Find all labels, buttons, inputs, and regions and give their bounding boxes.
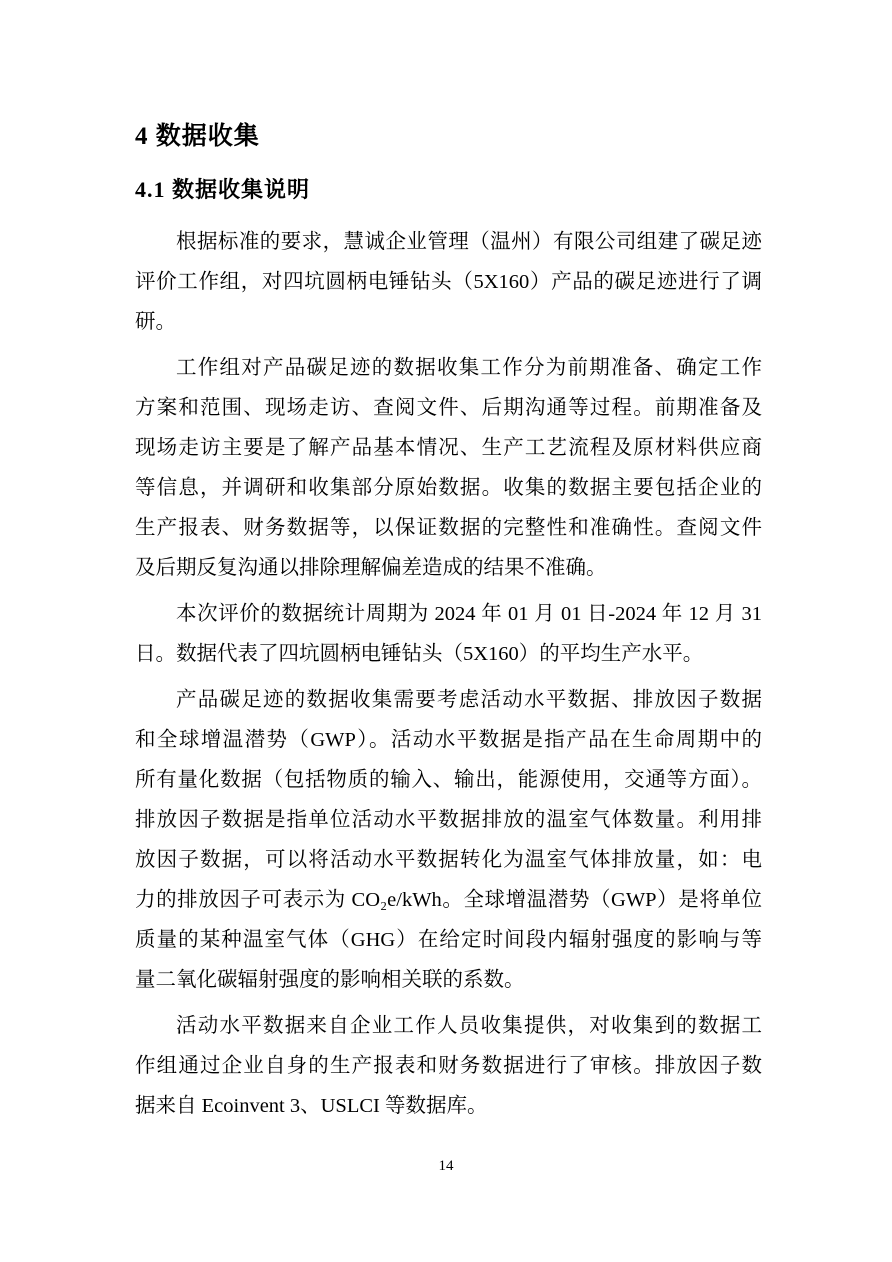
paragraph-line: 生产报表、财务数据等，以保证数据的完整性和准确性。查阅文件 xyxy=(135,508,762,548)
paragraph-2: 工作组对产品碳足迹的数据收集工作分为前期准备、确定工作 方案和范围、现场走访、查… xyxy=(135,348,762,588)
paragraph-line: 及后期反复沟通以排除理解偏差造成的结果不准确。 xyxy=(135,548,762,588)
paragraph-line: 和全球增温潜势（GWP）。活动水平数据是指产品在生命周期中的 xyxy=(135,720,762,760)
paragraph-5: 活动水平数据来自企业工作人员收集提供，对收集到的数据工 作组通过企业自身的生产报… xyxy=(135,1006,762,1126)
paragraph-line: 日。数据代表了四坑圆柄电锤钻头（5X160）的平均生产水平。 xyxy=(135,634,762,674)
section-heading: 4 数据收集 xyxy=(135,120,762,154)
document-page: 4 数据收集 4.1 数据收集说明 根据标准的要求，慧诚企业管理（温州）有限公司… xyxy=(0,0,892,1262)
paragraph-4: 产品碳足迹的数据收集需要考虑活动水平数据、排放因子数据 和全球增温潜势（GWP）… xyxy=(135,680,762,1000)
paragraph-line: 力的排放因子可表示为 CO₂e/kWh。全球增温潜势（GWP）是将单位 xyxy=(135,880,762,920)
paragraph-line: 排放因子数据是指单位活动水平数据排放的温室气体数量。利用排 xyxy=(135,800,762,840)
document-body: 4 数据收集 4.1 数据收集说明 根据标准的要求，慧诚企业管理（温州）有限公司… xyxy=(135,120,762,1126)
paragraph-3: 本次评价的数据统计周期为 2024 年 01 月 01 日-2024 年 12 … xyxy=(135,594,762,674)
paragraph-line: 方案和范围、现场走访、查阅文件、后期沟通等过程。前期准备及 xyxy=(135,388,762,428)
paragraph-line: 评价工作组，对四坑圆柄电锤钻头（5X160）产品的碳足迹进行了调 xyxy=(135,262,762,302)
page-number: 14 xyxy=(0,1156,892,1176)
paragraph-line: 质量的某种温室气体（GHG）在给定时间段内辐射强度的影响与等 xyxy=(135,920,762,960)
body-text: 根据标准的要求，慧诚企业管理（温州）有限公司组建了碳足迹 评价工作组，对四坑圆柄… xyxy=(135,222,762,1126)
paragraph-line: 作组通过企业自身的生产报表和财务数据进行了审核。排放因子数 xyxy=(135,1046,762,1086)
paragraph-line: 工作组对产品碳足迹的数据收集工作分为前期准备、确定工作 xyxy=(135,348,762,388)
paragraph-line: 据来自 Ecoinvent 3、USLCI 等数据库。 xyxy=(135,1086,762,1126)
paragraph-line: 产品碳足迹的数据收集需要考虑活动水平数据、排放因子数据 xyxy=(135,680,762,720)
paragraph-line: 放因子数据，可以将活动水平数据转化为温室气体排放量，如：电 xyxy=(135,840,762,880)
paragraph-line: 现场走访主要是了解产品基本情况、生产工艺流程及原材料供应商 xyxy=(135,428,762,468)
paragraph-line: 等信息，并调研和收集部分原始数据。收集的数据主要包括企业的 xyxy=(135,468,762,508)
paragraph-line: 研。 xyxy=(135,302,762,342)
paragraph-1: 根据标准的要求，慧诚企业管理（温州）有限公司组建了碳足迹 评价工作组，对四坑圆柄… xyxy=(135,222,762,342)
paragraph-line: 所有量化数据（包括物质的输入、输出，能源使用，交通等方面）。 xyxy=(135,760,762,800)
paragraph-line: 根据标准的要求，慧诚企业管理（温州）有限公司组建了碳足迹 xyxy=(135,222,762,262)
paragraph-line: 量二氧化碳辐射强度的影响相关联的系数。 xyxy=(135,960,762,1000)
paragraph-line: 本次评价的数据统计周期为 2024 年 01 月 01 日-2024 年 12 … xyxy=(135,594,762,634)
paragraph-line: 活动水平数据来自企业工作人员收集提供，对收集到的数据工 xyxy=(135,1006,762,1046)
subsection-heading: 4.1 数据收集说明 xyxy=(135,174,762,206)
